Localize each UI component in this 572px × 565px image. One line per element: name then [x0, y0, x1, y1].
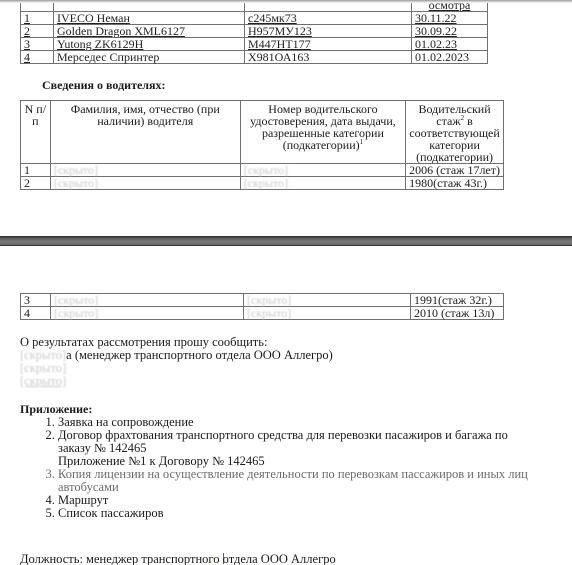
- row-number: 3: [21, 38, 54, 51]
- header-license: Номер водительского удостоверения, дата …: [240, 101, 405, 164]
- row-number: 3: [21, 294, 51, 307]
- header-experience-text: Водительский стаж: [418, 102, 490, 128]
- table-row: 1 IVECO Неман с245мк73 30.11.22: [21, 12, 488, 25]
- table-row: 1 [скрыто] [скрыто] 2006 (стаж 17лет): [21, 164, 504, 177]
- table-row: 3 Yutong ZK6129H М447НТ177 01.02.23: [21, 38, 488, 51]
- header-number: N п/п: [21, 101, 51, 164]
- header-name: Фамилия, имя, отчество (при наличии) вод…: [50, 101, 240, 164]
- vehicle-model: IVECO Неман: [54, 12, 245, 25]
- driver-license-redacted: [скрыто]: [244, 307, 411, 320]
- inspection-date: 01.02.23: [412, 38, 488, 51]
- row-number: 4: [21, 307, 51, 320]
- driver-experience: 2010 (стаж 13л): [411, 307, 504, 320]
- row-number: 1: [21, 164, 51, 177]
- row-number: 2: [21, 177, 51, 190]
- attachment-subtext: Приложение №1 к Договору № 142465: [58, 454, 265, 468]
- header-license-text: Номер водительского удостоверения, дата …: [250, 102, 396, 152]
- footnote-2: 2: [461, 114, 465, 122]
- driver-name-redacted: [скрыто]: [50, 177, 240, 190]
- driver-experience: 1991(стаж 32г.): [411, 294, 504, 307]
- attachment-text: Список пассажиров: [58, 506, 163, 520]
- driver-name-redacted: [скрыто]: [51, 307, 244, 320]
- table-row: 4 Мерседес Спринтер Х981ОА163 01.02.2023: [21, 51, 488, 64]
- driver-experience: 2006 (стаж 17лет): [406, 164, 504, 177]
- attachment-text: Копия лицензии на осуществление деятельн…: [58, 467, 528, 494]
- footnote-1: 1: [360, 138, 364, 146]
- table-row: 2 Golden Dragon XML6127 Н957МУ123 30.09.…: [21, 25, 488, 38]
- driver-name-redacted: [скрыто]: [51, 294, 244, 307]
- document-page-1: осмотра 1 IVECO Неман с245мк73 30.11.22 …: [0, 0, 572, 236]
- vehicle-model: Golden Dragon XML6127: [54, 25, 245, 38]
- list-item: Копия лицензии на осуществление деятельн…: [58, 468, 538, 494]
- attachment-text: Договор фрахтования транспортного средст…: [58, 428, 508, 455]
- vehicle-model: Мерседес Спринтер: [54, 51, 245, 64]
- document-page-2: 3 [скрыто] [скрыто] 1991(стаж 32г.) 4 [с…: [0, 246, 572, 565]
- inspection-date: 30.11.22: [412, 12, 488, 25]
- inspection-date: 30.09.22: [412, 25, 488, 38]
- vehicle-plate: М447НТ177: [245, 38, 412, 51]
- table-row: 4 [скрыто] [скрыто] 2010 (стаж 13л): [21, 307, 504, 320]
- drivers-table: N п/п Фамилия, имя, отчество (при наличи…: [20, 100, 504, 190]
- drivers-table-continued: 3 [скрыто] [скрыто] 1991(стаж 32г.) 4 [с…: [20, 293, 504, 320]
- driver-license-redacted: [скрыто]: [240, 164, 405, 177]
- attachments-list: Заявка на сопровождение Договор фрахтова…: [0, 416, 538, 520]
- inspection-date: 01.02.2023: [412, 51, 488, 64]
- vehicle-plate: Н957МУ123: [245, 25, 412, 38]
- table-row: 3 [скрыто] [скрыто] 1991(стаж 32г.): [21, 294, 504, 307]
- position-text-end: отдела ООО Аллегро: [223, 552, 336, 565]
- vehicles-table: осмотра 1 IVECO Неман с245мк73 30.11.22 …: [20, 0, 488, 64]
- drivers-header-row: N п/п Фамилия, имя, отчество (при наличи…: [21, 101, 504, 164]
- contact-email-redacted[interactable]: [скрыто]: [20, 375, 66, 388]
- attachment-text: Маршрут: [58, 493, 108, 507]
- contact-person-line: [скрыто]а (менеджер транспортного отдела…: [20, 349, 333, 362]
- table-row: 2 [скрыто] [скрыто] 1980(стаж 43г.): [21, 177, 504, 190]
- contact-person-redacted: [скрыто]: [20, 348, 66, 362]
- header-experience: Водительский стаж2 в соответствующей кат…: [406, 101, 504, 164]
- list-item: Список пассажиров: [58, 507, 538, 520]
- page-top-shadow: [0, 0, 572, 3]
- row-number: 1: [21, 12, 54, 25]
- driver-name-redacted: [скрыто]: [50, 164, 240, 177]
- drivers-heading: Сведения о водителях:: [42, 78, 166, 93]
- vehicle-plate: с245мк73: [245, 12, 412, 25]
- position-text-start: Должность: менеджер транспортного: [20, 552, 223, 565]
- page-break-separator: [0, 236, 572, 246]
- vehicle-plate: Х981ОА163: [245, 51, 412, 64]
- attachment-text: Заявка на сопровождение: [58, 415, 194, 429]
- list-item: Договор фрахтования транспортного средст…: [58, 429, 538, 468]
- position-line[interactable]: Должность: менеджер транспортного отдела…: [20, 553, 336, 565]
- driver-license-redacted: [скрыто]: [244, 294, 411, 307]
- vehicle-model: Yutong ZK6129H: [54, 38, 245, 51]
- driver-license-redacted: [скрыто]: [240, 177, 405, 190]
- driver-experience: 1980(стаж 43г.): [406, 177, 504, 190]
- contact-person-role: а (менеджер транспортного отдела ООО Алл…: [66, 348, 333, 362]
- row-number: 2: [21, 25, 54, 38]
- row-number: 4: [21, 51, 54, 64]
